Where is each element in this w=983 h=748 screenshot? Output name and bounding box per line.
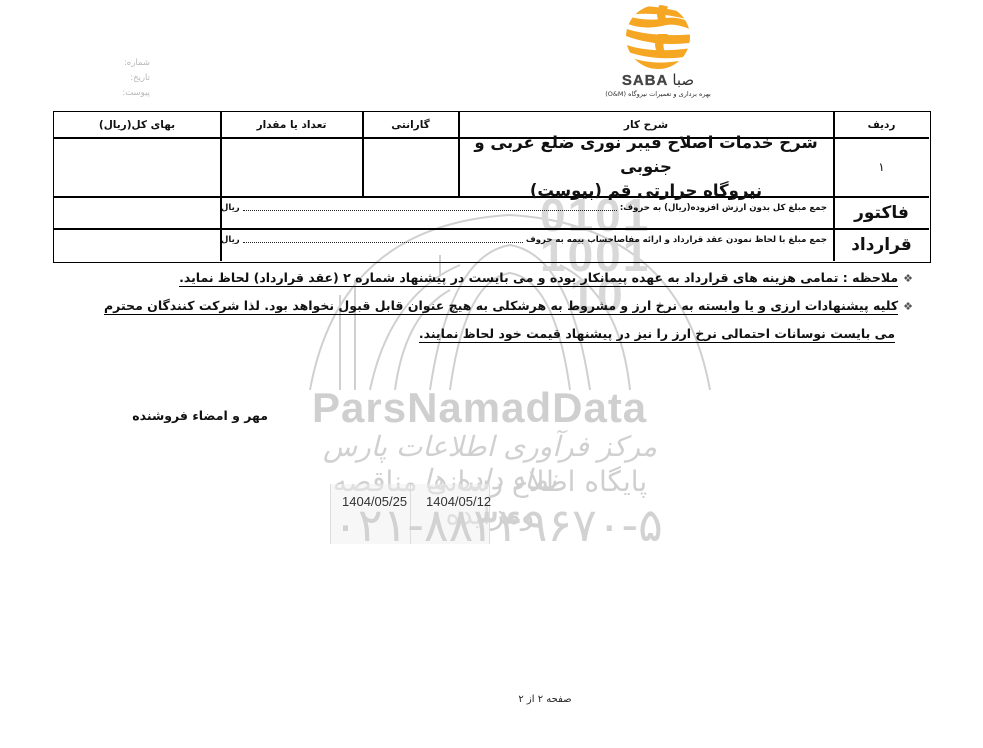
total-price-cell[interactable] — [54, 138, 220, 196]
diamond-bullet-icon: ❖ — [903, 272, 913, 285]
watermark-line2: پایگاه اطلاع رسانی مناقصه ومزایده — [300, 465, 680, 531]
note-2-text-line-1: کلیه پیشنهادات ارزی و یا وابسته به نرخ ا… — [104, 298, 898, 315]
watermark-brand: ParsNamadData — [312, 384, 647, 432]
diamond-bullet-icon: ❖ — [903, 300, 913, 313]
invoice-amount-cell[interactable] — [54, 197, 220, 228]
description-line-1: شرح خدمات اصلاح فیبر نوری ضلع غربی و جنو… — [459, 131, 833, 179]
date-label: تاریخ: — [100, 71, 150, 86]
logo-wordmark: SABA صبا — [588, 70, 728, 90]
logo-persian-text: صبا — [672, 71, 694, 89]
col-header-row-no: ردیف — [834, 112, 929, 137]
contract-sum-text: جمع مبلغ با لحاظ نمودن عقد قرارداد و ارا… — [526, 235, 827, 245]
contract-label: قرارداد — [834, 229, 929, 261]
table-row-description: شرح خدمات اصلاح فیبر نوری ضلع غربی و جنو… — [459, 138, 833, 196]
contract-dotted-line — [243, 235, 523, 243]
col-header-total-price: بهای کل(ریال) — [54, 112, 220, 137]
col-header-quantity: تعداد یا مقدار — [221, 112, 362, 137]
logo-latin-text: SABA — [622, 72, 669, 89]
watermark-date-box — [330, 484, 490, 544]
row-number: ۱ — [834, 138, 929, 196]
page-number: صفحه ۲ از ۲ — [490, 694, 600, 705]
warranty-cell[interactable] — [363, 138, 458, 196]
invoice-dotted-line — [243, 203, 617, 211]
saba-logo: SABA صبا بهره برداری و تعمیرات نیروگاه (… — [588, 4, 728, 99]
contract-sum-field[interactable]: جمع مبلغ با لحاظ نمودن عقد قرارداد و ارا… — [221, 229, 833, 261]
col-header-warranty: گارانتی — [363, 112, 458, 137]
note-2-text-line-2: می بایست نوسانات احتمالی نرخ ارز را نیز … — [419, 326, 895, 343]
invoice-unit: ریال — [221, 203, 240, 213]
number-label: شماره: — [100, 56, 150, 71]
invoice-label: فاکتور — [834, 197, 929, 228]
note-1-text: ملاحظه : تمامی هزینه های قرارداد به عهده… — [179, 270, 898, 287]
invoice-sum-field[interactable]: جمع مبلغ کل بدون ارزش افزوده(ریال) به حر… — [221, 197, 833, 228]
letter-meta: شماره: تاریخ: پیوست: — [100, 56, 150, 101]
price-table: ردیف شرح کار گارانتی تعداد یا مقدار بهای… — [53, 111, 931, 263]
contract-amount-cell[interactable] — [54, 229, 220, 261]
contract-unit: ریال — [221, 235, 240, 245]
attachment-label: پیوست: — [100, 86, 150, 101]
saba-logo-icon — [588, 4, 728, 70]
seller-signature-label: مهر و امضاء فروشنده — [140, 408, 268, 423]
note-2-line-2: می بایست نوسانات احتمالی نرخ ارز را نیز … — [419, 324, 895, 344]
watermark-line1: مرکز فرآوری اطلاعات پارس نماد داده ها — [300, 430, 680, 496]
quantity-cell[interactable] — [221, 138, 362, 196]
watermark-date-1: 1404/05/25 — [342, 494, 407, 509]
watermark-date-2: 1404/05/12 — [426, 494, 491, 509]
watermark-phone: ۰۲۱-۸۸۳۴۹۶۷۰-۵ — [318, 498, 678, 552]
note-1: ❖ملاحظه : تمامی هزینه های قرارداد به عهد… — [179, 268, 913, 289]
invoice-sum-text: جمع مبلغ کل بدون ارزش افزوده(ریال) به حر… — [620, 203, 827, 213]
logo-subtitle: بهره برداری و تعمیرات نیروگاه (O&M) — [588, 90, 728, 98]
note-2-line-1: ❖کلیه پیشنهادات ارزی و یا وابسته به نرخ … — [104, 296, 913, 317]
